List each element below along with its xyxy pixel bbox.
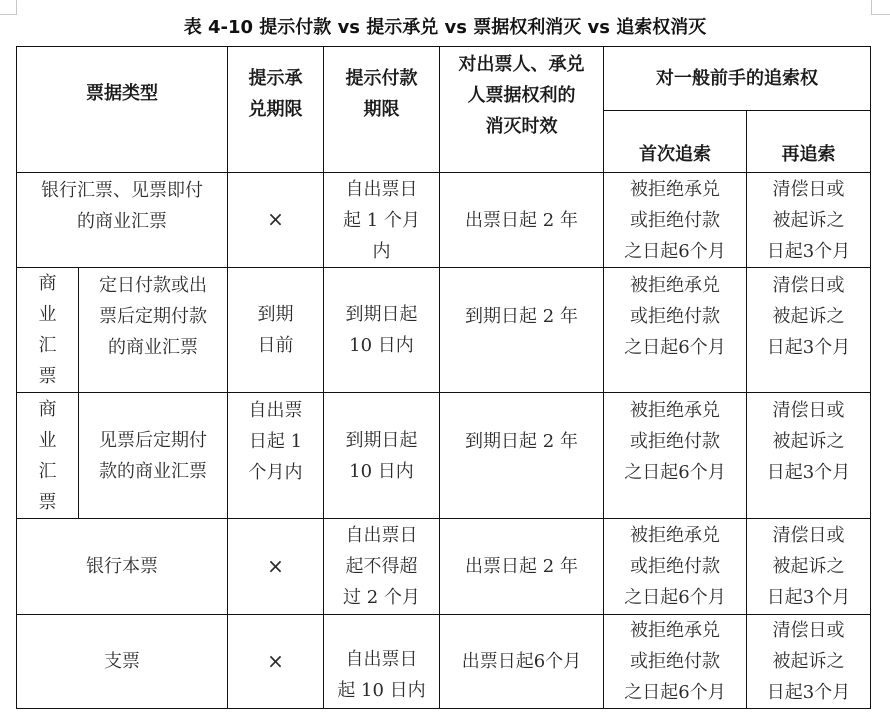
cell-rights-extinction: 到期日起 2 年	[440, 393, 604, 519]
header-first-recourse-label: 首次追索	[639, 139, 711, 170]
header-row: 票据类型 提示承 兑期限 提示付款 期限 对出票人、承兑 人票据权利的 消灭时效…	[17, 47, 871, 111]
bill-type-text: 银行本票	[86, 551, 158, 582]
cell-rights-extinction: 到期日起 2 年	[440, 268, 604, 393]
header-rights-extinction-label: 对出票人、承兑 人票据权利的 消灭时效	[459, 49, 585, 142]
cell-bill-type: 银行本票	[17, 519, 228, 615]
cell-payment-period: 到期日起 10 日内	[324, 268, 440, 393]
acceptance-period-text: 到期 日前	[258, 299, 294, 361]
cell-re-recourse: 清偿日或 被起诉之 日起3个月	[747, 519, 871, 615]
page-corner-mark-left	[0, 0, 17, 15]
first-recourse-text: 被拒绝承兑 或拒绝付款 之日起6个月	[624, 174, 725, 267]
cell-rights-extinction: 出票日起 2 年	[440, 173, 604, 268]
payment-period-text: 自出票日 起 10 日内	[337, 644, 425, 706]
cell-re-recourse: 清偿日或 被起诉之 日起3个月	[747, 173, 871, 268]
cross-mark-icon: ×	[267, 646, 284, 677]
rights-extinction-text: 到期日起 2 年	[465, 395, 578, 457]
bill-type-text: 银行汇票、见票即付 的商业汇票	[41, 175, 203, 237]
cell-bill-type: 银行汇票、见票即付 的商业汇票	[17, 173, 228, 268]
first-recourse-text: 被拒绝承兑 或拒绝付款 之日起6个月	[624, 395, 725, 488]
cell-group-commercial-draft: 商 业 汇 票	[17, 268, 79, 393]
rights-extinction-text: 到期日起 2 年	[465, 270, 578, 332]
header-payment-period-label: 提示付款 期限	[346, 63, 418, 125]
header-bill-type-label: 票据类型	[86, 78, 158, 109]
cell-re-recourse: 清偿日或 被起诉之 日起3个月	[747, 268, 871, 393]
bill-type-text: 见票后定期付 款的商业汇票	[99, 425, 207, 487]
cell-re-recourse: 清偿日或 被起诉之 日起3个月	[747, 615, 871, 709]
cell-acceptance-period: 自出票 日起 1 个月内	[228, 393, 324, 519]
header-re-recourse: 再追索	[747, 111, 871, 173]
first-recourse-text: 被拒绝承兑 或拒绝付款 之日起6个月	[624, 520, 725, 613]
cell-rights-extinction: 出票日起6个月	[440, 615, 604, 709]
cell-first-recourse: 被拒绝承兑 或拒绝付款 之日起6个月	[604, 519, 747, 615]
table-row: 银行汇票、见票即付 的商业汇票 × 自出票日 起 1 个月 内 出票日起 2 年…	[17, 173, 871, 268]
rights-extinction-text: 出票日起 2 年	[465, 551, 578, 582]
first-recourse-text: 被拒绝承兑 或拒绝付款 之日起6个月	[624, 270, 725, 363]
payment-period-text: 自出票日 起不得超 过 2 个月	[343, 520, 420, 613]
bill-type-text: 定日付款或出 票后定期付款 的商业汇票	[99, 270, 207, 363]
cell-acceptance-period: ×	[228, 173, 324, 268]
header-acceptance-period-label: 提示承 兑期限	[249, 63, 303, 125]
re-recourse-text: 清偿日或 被起诉之 日起3个月	[767, 395, 850, 488]
bill-type-text: 支票	[104, 646, 140, 677]
cell-bill-type: 定日付款或出 票后定期付款 的商业汇票	[79, 268, 228, 393]
cell-payment-period: 自出票日 起不得超 过 2 个月	[324, 519, 440, 615]
table-row: 商 业 汇 票 见票后定期付 款的商业汇票 自出票 日起 1 个月内 到期日起 …	[17, 393, 871, 519]
cell-acceptance-period: ×	[228, 519, 324, 615]
cell-bill-type: 支票	[17, 615, 228, 709]
header-bill-type: 票据类型	[17, 47, 228, 173]
cell-rights-extinction: 出票日起 2 年	[440, 519, 604, 615]
header-payment-period: 提示付款 期限	[324, 47, 440, 173]
first-recourse-text: 被拒绝承兑 或拒绝付款 之日起6个月	[624, 615, 725, 708]
cell-payment-period: 自出票日 起 1 个月 内	[324, 173, 440, 268]
rights-extinction-text: 出票日起 2 年	[465, 205, 578, 236]
payment-period-text: 自出票日 起 1 个月 内	[343, 174, 420, 267]
cross-mark-icon: ×	[267, 551, 284, 582]
cell-first-recourse: 被拒绝承兑 或拒绝付款 之日起6个月	[604, 393, 747, 519]
bill-comparison-table: 票据类型 提示承 兑期限 提示付款 期限 对出票人、承兑 人票据权利的 消灭时效…	[16, 46, 871, 709]
cell-first-recourse: 被拒绝承兑 或拒绝付款 之日起6个月	[604, 615, 747, 709]
re-recourse-text: 清偿日或 被起诉之 日起3个月	[767, 615, 850, 708]
header-rights-extinction: 对出票人、承兑 人票据权利的 消灭时效	[440, 47, 604, 173]
cross-mark-icon: ×	[267, 204, 284, 235]
cell-acceptance-period: 到期 日前	[228, 268, 324, 393]
cell-acceptance-period: ×	[228, 615, 324, 709]
cell-payment-period: 到期日起 10 日内	[324, 393, 440, 519]
cell-first-recourse: 被拒绝承兑 或拒绝付款 之日起6个月	[604, 173, 747, 268]
header-recourse-group: 对一般前手的追索权	[604, 47, 871, 111]
re-recourse-text: 清偿日或 被起诉之 日起3个月	[767, 270, 850, 363]
group-label: 商 业 汇 票	[39, 394, 57, 518]
header-recourse-group-label: 对一般前手的追索权	[656, 63, 818, 94]
cell-first-recourse: 被拒绝承兑 或拒绝付款 之日起6个月	[604, 268, 747, 393]
table-row: 商 业 汇 票 定日付款或出 票后定期付款 的商业汇票 到期 日前 到期日起 1…	[17, 268, 871, 393]
payment-period-text: 到期日起 10 日内	[346, 425, 418, 487]
page-corner-mark-right	[871, 0, 890, 15]
re-recourse-text: 清偿日或 被起诉之 日起3个月	[767, 174, 850, 267]
payment-period-text: 到期日起 10 日内	[346, 299, 418, 361]
cell-re-recourse: 清偿日或 被起诉之 日起3个月	[747, 393, 871, 519]
header-re-recourse-label: 再追索	[782, 139, 836, 170]
cell-payment-period: 自出票日 起 10 日内	[324, 615, 440, 709]
cell-bill-type: 见票后定期付 款的商业汇票	[79, 393, 228, 519]
acceptance-period-text: 自出票 日起 1 个月内	[249, 395, 303, 488]
header-acceptance-period: 提示承 兑期限	[228, 47, 324, 173]
re-recourse-text: 清偿日或 被起诉之 日起3个月	[767, 520, 850, 613]
cell-group-commercial-draft: 商 业 汇 票	[17, 393, 79, 519]
header-first-recourse: 首次追索	[604, 111, 747, 173]
table-row: 支票 × 自出票日 起 10 日内 出票日起6个月 被拒绝承兑 或拒绝付款 之日…	[17, 615, 871, 709]
group-label: 商 业 汇 票	[39, 268, 57, 392]
table-row: 银行本票 × 自出票日 起不得超 过 2 个月 出票日起 2 年 被拒绝承兑 或…	[17, 519, 871, 615]
rights-extinction-text: 出票日起6个月	[462, 646, 581, 677]
table-title: 表 4-10 提示付款 vs 提示承兑 vs 票据权利消灭 vs 追索权消灭	[0, 16, 890, 40]
